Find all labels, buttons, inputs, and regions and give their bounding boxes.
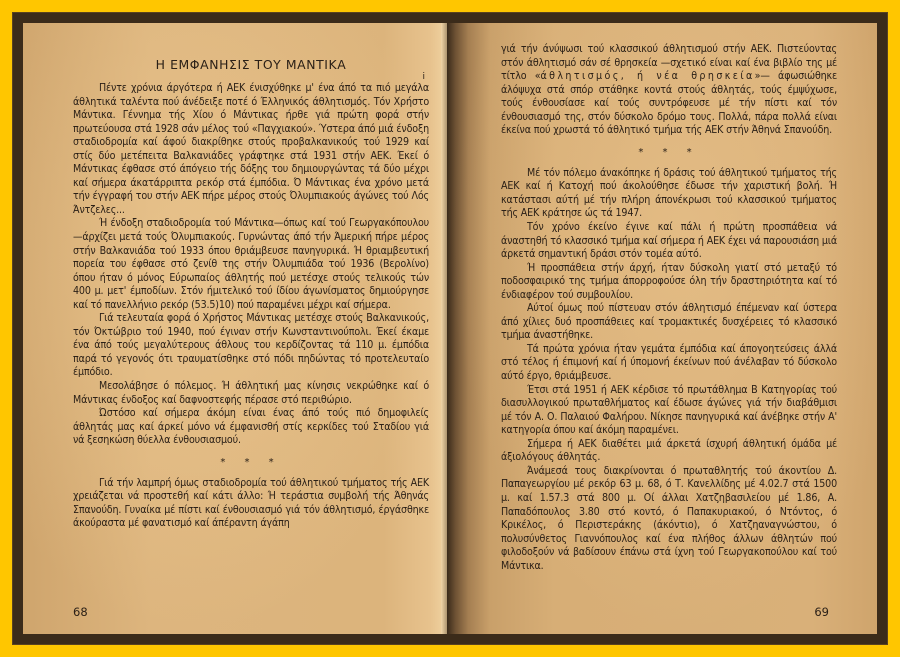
paragraph: Γιά τήν λαμπρή όμως σταδιοδρομία τού άθλ… bbox=[73, 477, 429, 531]
paragraph: Γιά τελευταία φορά ό Χρήστος Μάντικας με… bbox=[73, 312, 429, 380]
page-number: 68 bbox=[73, 606, 88, 620]
book-title-spaced: άθλητισμός, ή νέα θρησκεία bbox=[540, 70, 754, 82]
book-frame: Η ΕΜΦΑΝΗΣΙΣ ΤΟΥ ΜΑΝΤΙΚΑ i Πέντε χρόνια ά… bbox=[12, 12, 888, 645]
paragraph: Ή προσπάθεια στήν άρχή, ήταν δύσκολη για… bbox=[501, 262, 837, 303]
page-number: 69 bbox=[814, 606, 829, 620]
chapter-title: Η ΕΜΦΑΝΗΣΙΣ ΤΟΥ ΜΑΝΤΙΚΑ bbox=[73, 57, 429, 72]
section-separator: * * * bbox=[501, 146, 837, 159]
book-spread: Η ΕΜΦΑΝΗΣΙΣ ΤΟΥ ΜΑΝΤΙΚΑ i Πέντε χρόνια ά… bbox=[23, 23, 877, 634]
paragraph: Σήμερα ή ΑΕΚ διαθέτει μιά άρκετά ίσχυρή … bbox=[501, 438, 837, 465]
paragraph: Μεσολάβησε ό πόλεμος. Ή άθλητική μας κίν… bbox=[73, 380, 429, 407]
paragraph: Τά πρώτα χρόνια ήταν γεμάτα έμπόδια καί … bbox=[501, 343, 837, 384]
paragraph: Άνάμεσά τους διακρίνονται ό πρωταθλητής … bbox=[501, 465, 837, 573]
paragraph: γιά τήν άνύψωσι τού κλασσικού άθλητισμού… bbox=[501, 43, 837, 138]
paragraph: Πέντε χρόνια άργότερα ή ΑΕΚ ένισχύθηκε μ… bbox=[73, 82, 429, 217]
paragraph: Τόν χρόνο έκείνο έγινε καί πάλι ή πρώτη … bbox=[501, 221, 837, 262]
corner-mark: i bbox=[73, 72, 425, 82]
paragraph: Μέ τόν πόλεμο άνακόπηκε ή δράσις τού άθλ… bbox=[501, 167, 837, 221]
paragraph: Αύτοί όμως πού πίστευαν στόν άθλητισμό έ… bbox=[501, 302, 837, 343]
paragraph: Έτσι στά 1951 ή ΑΕΚ κέρδισε τό πρωτάθλημ… bbox=[501, 384, 837, 438]
paragraph: Ή ένδοξη σταδιοδρομία τού Μάντικα—όπως κ… bbox=[73, 217, 429, 312]
paragraph: Ώστόσο καί σήμερα άκόμη είναι ένας άπό τ… bbox=[73, 407, 429, 448]
right-page: γιά τήν άνύψωσι τού κλασσικού άθλητισμού… bbox=[447, 23, 877, 634]
left-page: Η ΕΜΦΑΝΗΣΙΣ ΤΟΥ ΜΑΝΤΙΚΑ i Πέντε χρόνια ά… bbox=[23, 23, 447, 634]
section-separator: * * * bbox=[73, 456, 429, 469]
